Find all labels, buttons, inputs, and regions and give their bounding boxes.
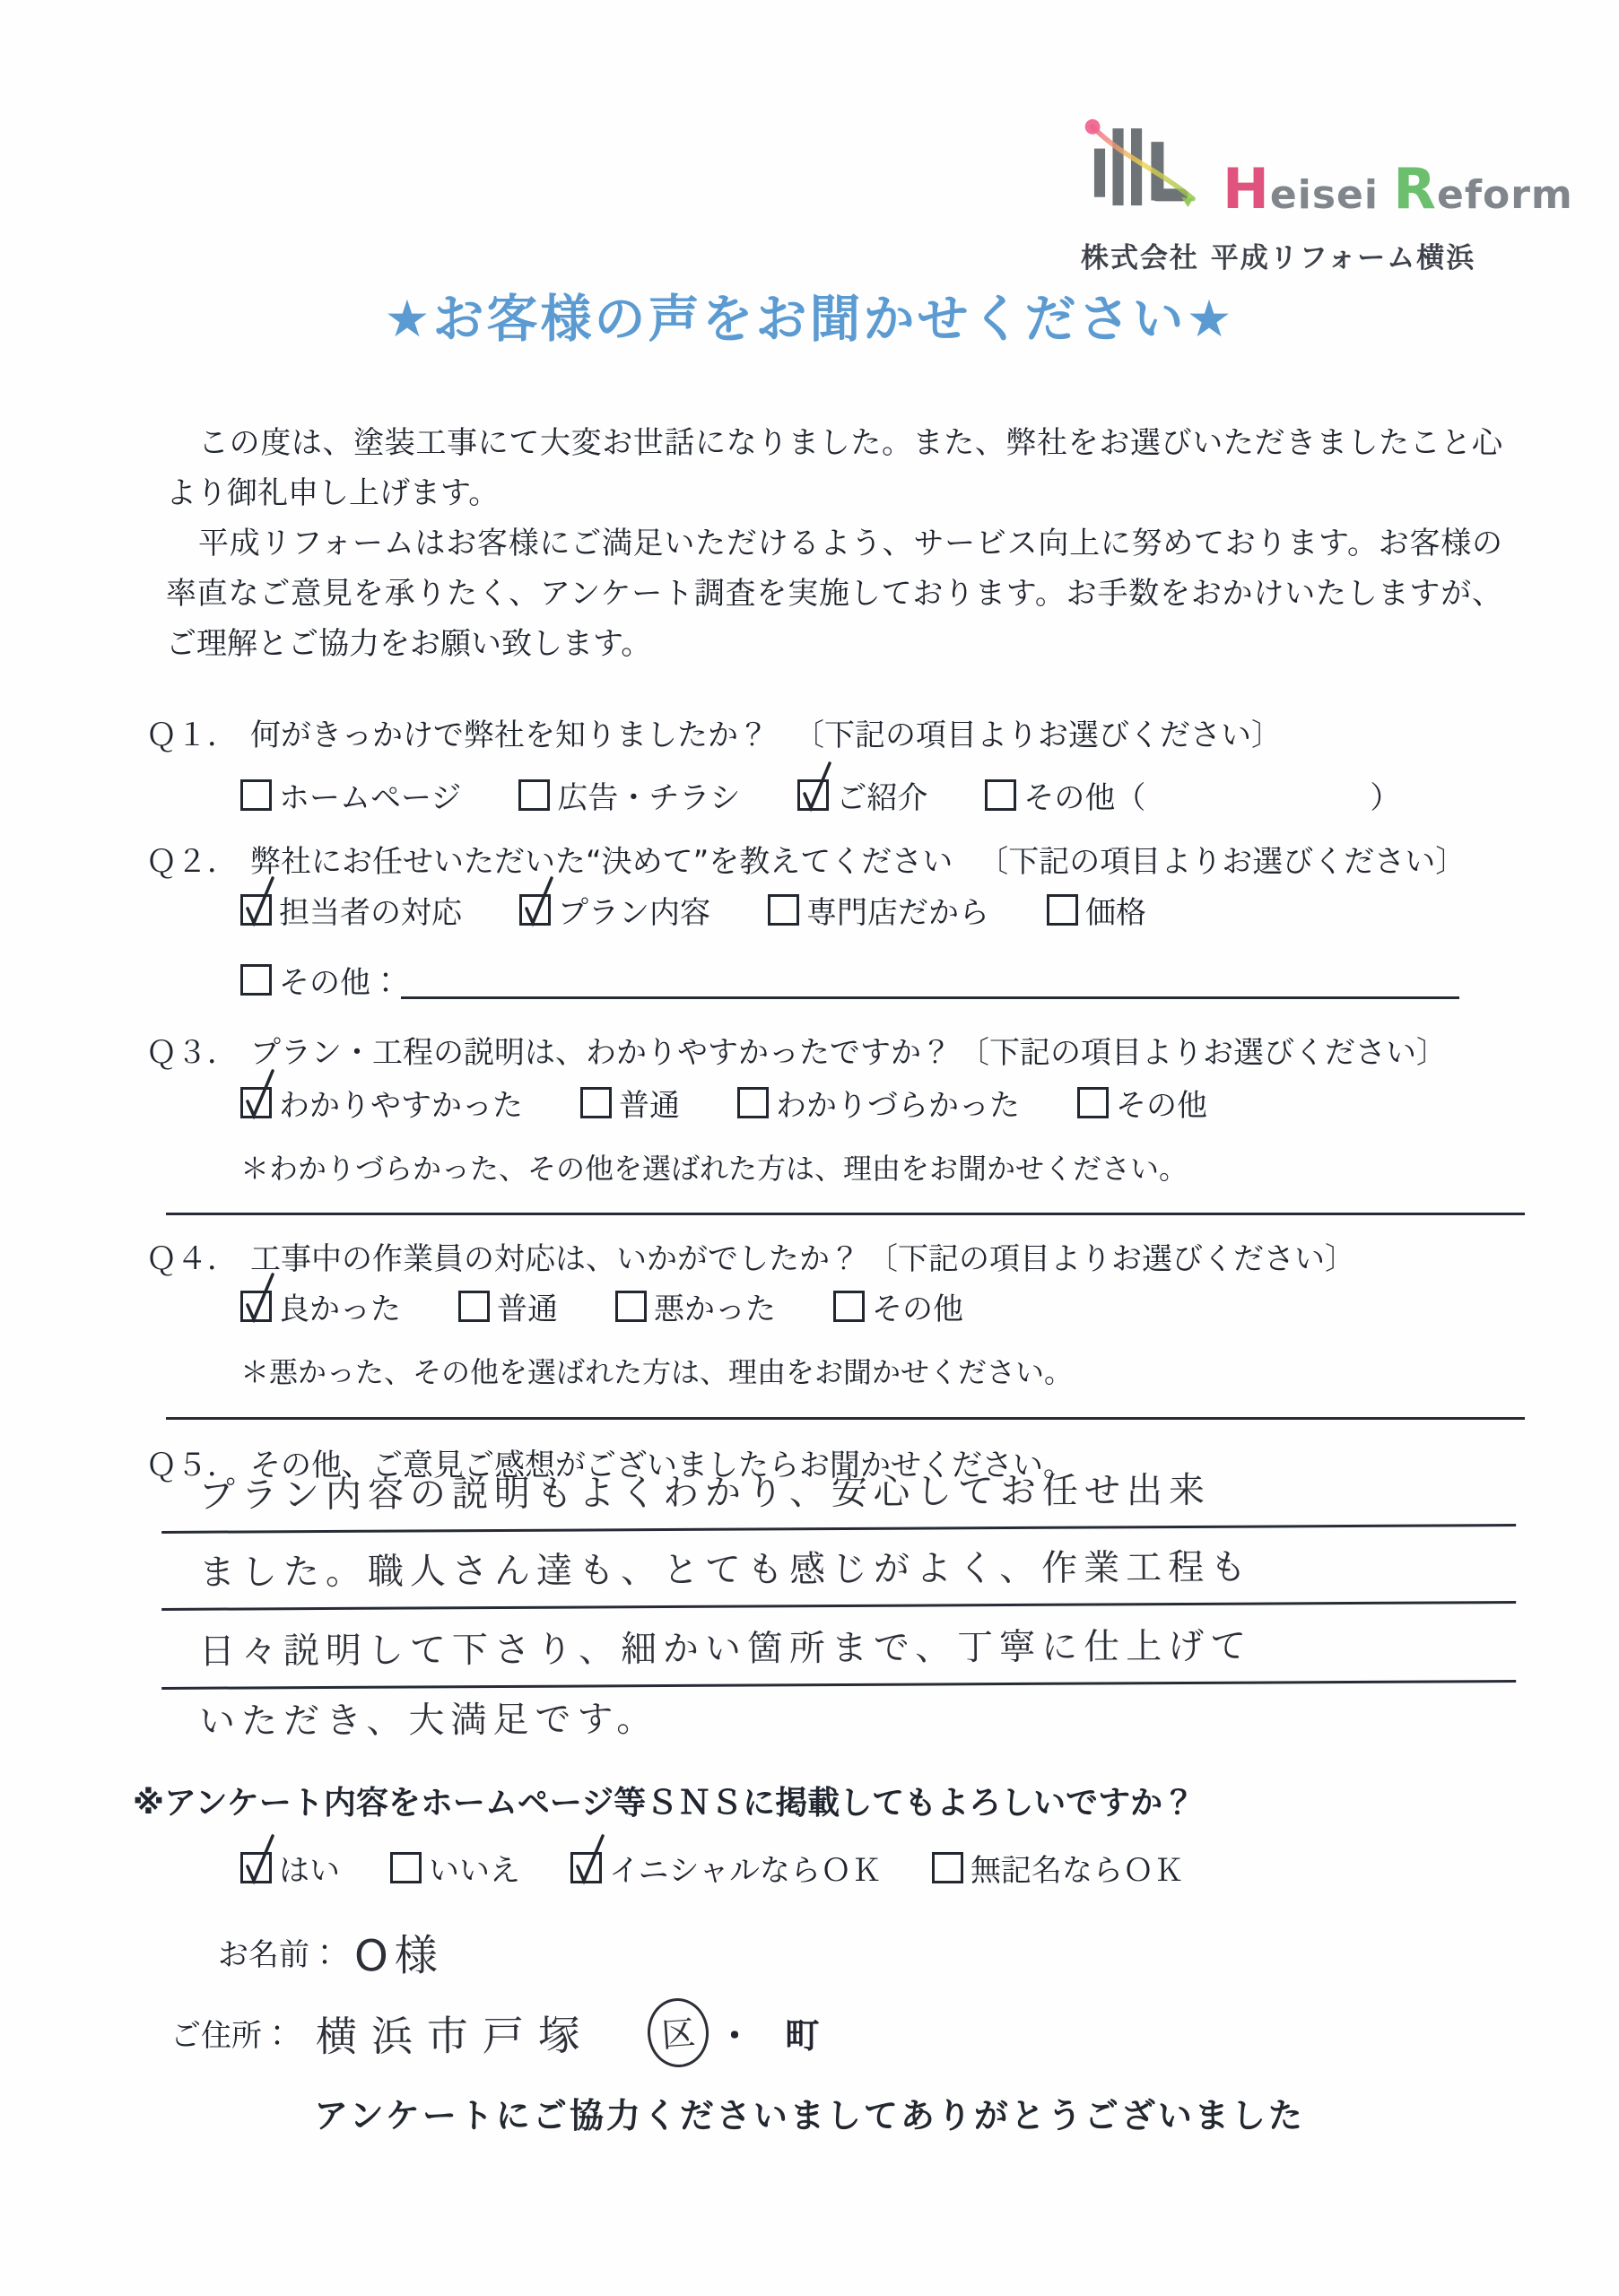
- checkbox[interactable]: [932, 1852, 963, 1883]
- q5-answer-line-2: ました。職人さん達も、とても感じがよく、作業工程も: [161, 1537, 1516, 1611]
- q1-heading: Ｑ１．何がきっかけで弊社を知りましたか？〔下記の項目よりお選びください〕: [146, 710, 1282, 754]
- intro-paragraph-2: 平成リフォームはお客様にご満足いただけるよう、サービス向上に努めております。お客…: [166, 518, 1502, 669]
- q4-options: 良かった 普通 悪かった その他: [240, 1284, 963, 1328]
- address-row: ご住所： 横浜市戸塚 区 ・ 町: [170, 1998, 830, 2067]
- q2-option-staff-response: 担当者の対応: [240, 888, 462, 932]
- check-icon: [796, 758, 837, 813]
- checkbox-checked[interactable]: [240, 1852, 272, 1883]
- q5-answer-line-4: いただき、大満足です。: [161, 1686, 1516, 1744]
- q4-option-other: その他: [833, 1284, 963, 1328]
- sns-consent-heading: ※アンケート内容をホームページ等ＳＮＳに掲載してもよろしいですか？: [133, 1778, 1195, 1823]
- sns-option-initials-ok: イニシャルならＯＫ: [570, 1846, 882, 1890]
- address-label: ご住所：: [170, 2011, 292, 2055]
- check-icon: [518, 873, 559, 928]
- checkbox[interactable]: [518, 779, 550, 811]
- q3-option-easy: わかりやすかった: [240, 1081, 523, 1125]
- q4-option-normal: 普通: [458, 1284, 558, 1328]
- q3-options: わかりやすかった 普通 わかりづらかった その他: [240, 1081, 1207, 1125]
- q2-other-row: その他：: [240, 958, 1459, 1002]
- q4-option-good: 良かった: [240, 1284, 401, 1328]
- q5-answer-line-3: 日々説明して下さり、細かい箇所まで、丁寧に仕上げて: [161, 1616, 1516, 1690]
- logo-mark-icon: [1081, 115, 1206, 222]
- checkbox[interactable]: [458, 1291, 490, 1322]
- q3-reason-write-line[interactable]: [166, 1213, 1525, 1215]
- page-title: ★お客様の声をお聞かせください★: [0, 278, 1619, 352]
- checkbox[interactable]: [1047, 894, 1078, 926]
- q1-option-ad-flyer: 広告・チラシ: [518, 773, 740, 817]
- q3-heading: Ｑ３．プラン・工程の説明は、わかりやすかったですか？〔下記の項目よりお選びくださ…: [146, 1028, 1447, 1072]
- brand-wordmark: Heisei Reform: [1223, 161, 1573, 222]
- sns-option-no: いいえ: [390, 1846, 520, 1890]
- q2-option-specialty-store: 専門店だから: [768, 888, 989, 932]
- checkbox[interactable]: [615, 1291, 647, 1322]
- sns-option-anonymous-ok: 無記名ならＯＫ: [932, 1846, 1184, 1890]
- address-circled-ward: 区: [645, 1996, 710, 2070]
- name-label: お名前：: [218, 1930, 340, 1974]
- intro-paragraph-1: この度は、塗装工事にて大変お世話になりました。また、弊社をお選びいただきましたこ…: [166, 418, 1502, 518]
- q2-option-plan-content: プラン内容: [519, 888, 710, 932]
- q3-option-hard: わかりづらかった: [737, 1081, 1020, 1125]
- name-row: お名前： O様: [218, 1921, 444, 1983]
- q2-options: 担当者の対応 プラン内容 専門店だから 価格: [240, 888, 1146, 932]
- q1-options: ホームページ 広告・チラシ ご紹介 その他（ ）: [240, 773, 1400, 817]
- sns-option-yes: はい: [240, 1846, 340, 1890]
- q4-heading: Ｑ４．工事中の作業員の対応は、いかがでしたか？〔下記の項目よりお選びください〕: [146, 1234, 1355, 1278]
- checkbox[interactable]: [1077, 1087, 1109, 1118]
- checkbox-checked[interactable]: [570, 1852, 602, 1883]
- check-icon: [239, 1831, 280, 1886]
- checkbox-checked[interactable]: [797, 779, 829, 811]
- name-value: O様: [354, 1921, 444, 1984]
- checkbox[interactable]: [580, 1087, 612, 1118]
- address-rest: ・ 町: [718, 2008, 830, 2057]
- check-icon: [239, 1269, 280, 1325]
- q1-option-homepage: ホームページ: [240, 773, 461, 817]
- q4-note: ＊悪かった、その他を選ばれた方は、理由をお聞かせください。: [240, 1350, 1073, 1391]
- q3-option-other: その他: [1077, 1081, 1207, 1125]
- check-icon: [239, 873, 280, 928]
- q5-answer-line-1: プラン内容の説明もよくわかり、安心してお任せ出来: [161, 1460, 1516, 1534]
- checkbox[interactable]: [737, 1087, 769, 1118]
- thank-you-message: アンケートにご協力くださいましてありがとうございました: [0, 2088, 1619, 2137]
- q4-option-bad: 悪かった: [615, 1284, 776, 1328]
- q4-reason-write-line[interactable]: [166, 1417, 1525, 1420]
- checkbox[interactable]: [768, 894, 799, 926]
- q2-other-write-in[interactable]: [401, 961, 1459, 999]
- checkbox[interactable]: [985, 779, 1016, 811]
- intro-text: この度は、塗装工事にて大変お世話になりました。また、弊社をお選びいただきましたこ…: [166, 418, 1502, 669]
- q3-option-normal: 普通: [580, 1081, 680, 1125]
- q1-option-other: その他（ ）: [985, 773, 1400, 817]
- checkbox-checked[interactable]: [240, 1087, 272, 1118]
- check-icon: [239, 1065, 280, 1121]
- q1-option-referral: ご紹介: [797, 773, 927, 817]
- q3-note: ＊わかりづらかった、その他を選ばれた方は、理由をお聞かせください。: [240, 1146, 1188, 1187]
- company-logo: Heisei Reform 株式会社 平成リフォーム横浜: [1081, 115, 1502, 275]
- checkbox[interactable]: [240, 779, 272, 811]
- sns-options: はい いいえ イニシャルならＯＫ 無記名ならＯＫ: [240, 1846, 1184, 1890]
- address-handwritten: 横浜市戸塚: [316, 2003, 594, 2064]
- checkbox[interactable]: [240, 964, 272, 996]
- company-name: 株式会社 平成リフォーム横浜: [1081, 235, 1502, 275]
- checkbox-checked[interactable]: [519, 894, 551, 926]
- checkbox[interactable]: [390, 1852, 422, 1883]
- checkbox-checked[interactable]: [240, 894, 272, 926]
- q2-option-price: 価格: [1047, 888, 1146, 932]
- checkbox-checked[interactable]: [240, 1291, 272, 1322]
- survey-document: Heisei Reform 株式会社 平成リフォーム横浜 ★お客様の声をお聞かせ…: [0, 0, 1619, 2296]
- checkbox[interactable]: [833, 1291, 865, 1322]
- q2-heading: Ｑ２．弊社にお任せいただいた“決めて”を教えてください〔下記の項目よりお選びくだ…: [146, 837, 1466, 881]
- check-icon: [569, 1831, 610, 1886]
